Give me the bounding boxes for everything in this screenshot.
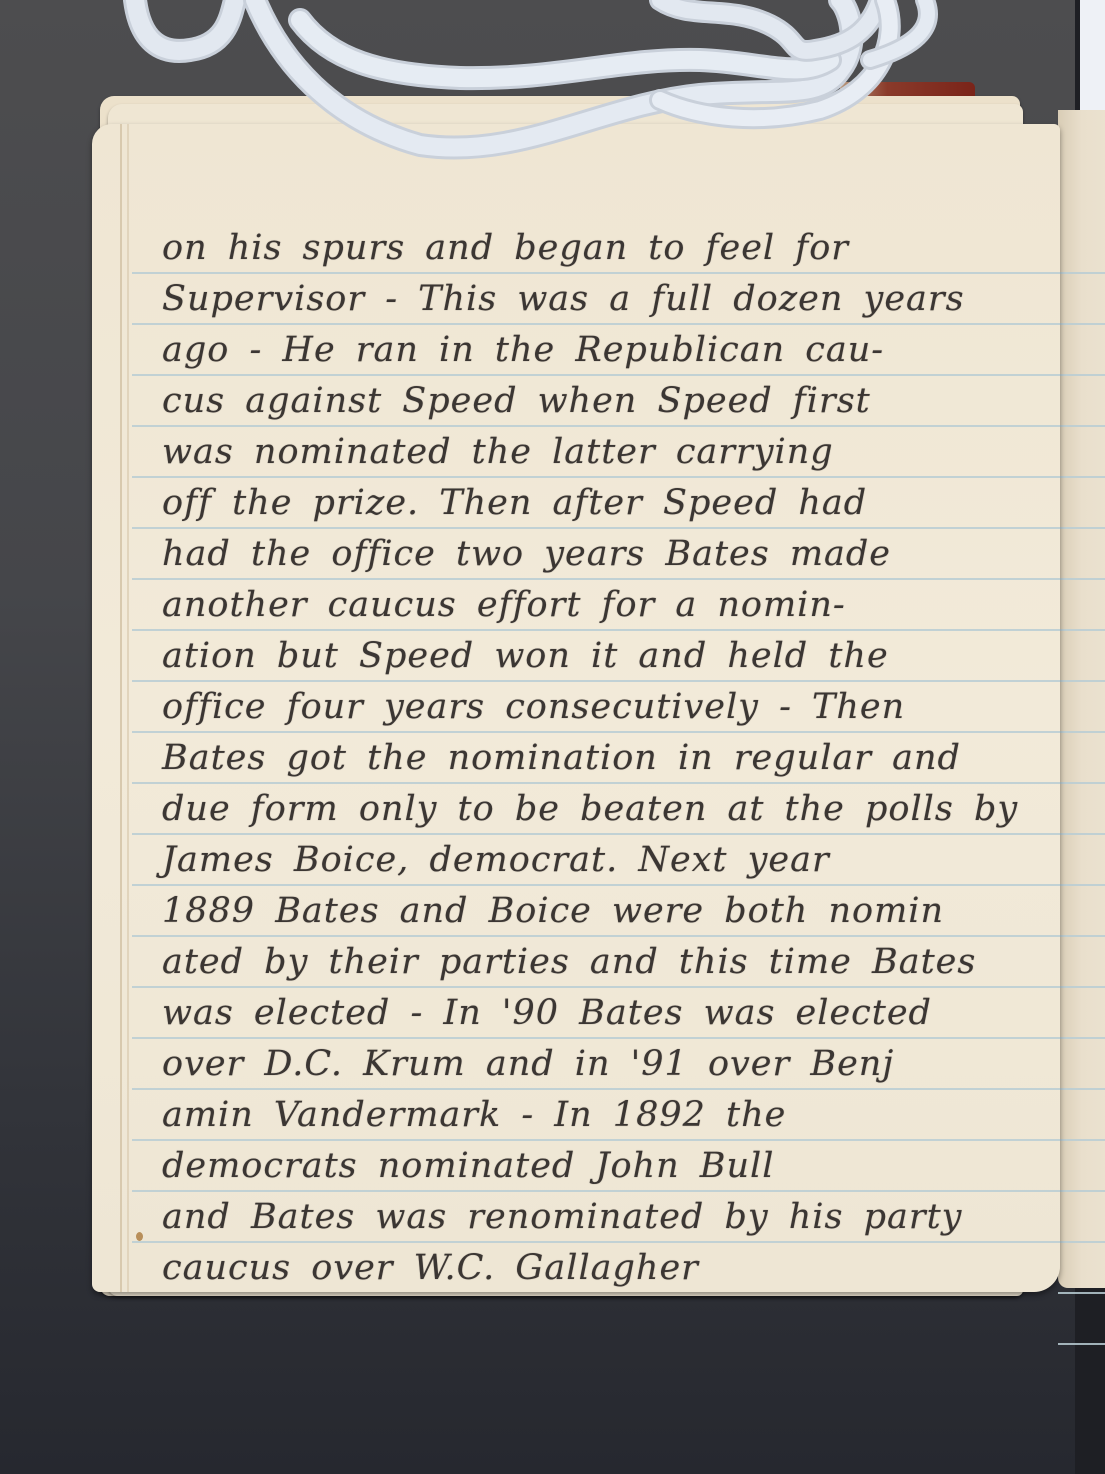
handwritten-line: amin Vandermark - In 1892 the [162,1093,1042,1137]
ruled-line [132,833,1060,835]
ruled-line [132,680,1060,682]
handwritten-line: democrats nominated John Bull [162,1144,1042,1188]
ruled-line [132,272,1060,274]
ruled-line [132,1139,1060,1141]
ruled-line [1058,476,1105,478]
handwritten-line: over D.C. Krum and in '91 over Benj [162,1042,1042,1086]
handwritten-line: ago - He ran in the Republican cau- [162,328,1042,372]
ruled-line [1058,833,1105,835]
ruled-line [132,731,1060,733]
ruled-line [1058,527,1105,529]
ruled-line [132,1037,1060,1039]
ruled-line [132,884,1060,886]
handwritten-line: and Bates was renominated by his party [162,1195,1042,1239]
ruled-line [1058,1190,1105,1192]
ruled-line [1058,578,1105,580]
handwritten-line: cus against Speed when Speed first [162,379,1042,423]
handwritten-line: ation but Speed won it and held the [162,634,1042,678]
white-card-edge [1080,0,1105,120]
handwritten-line: office four years consecutively - Then [162,685,1042,729]
ruled-line [1058,272,1105,274]
ruled-line [1058,1292,1105,1294]
ruled-line [132,986,1060,988]
ruled-line [1058,1088,1105,1090]
ruled-line [132,578,1060,580]
ruled-line [132,782,1060,784]
notebook-page: on his spurs and began to feel for Super… [92,124,1060,1292]
ruled-line [1058,680,1105,682]
handwritten-line: caucus over W.C. Gallagher [162,1246,1042,1290]
ruled-line [132,527,1060,529]
handwritten-line: 1889 Bates and Boice were both nomin [162,889,1042,933]
handwritten-line: James Boice, democrat. Next year [162,838,1042,882]
ruled-line [1058,782,1105,784]
ruled-line [1058,935,1105,937]
page-edge-line [120,124,122,1292]
handwritten-line: was elected - In '90 Bates was elected [162,991,1042,1035]
paper-stain [136,1232,143,1241]
ruled-line [1058,986,1105,988]
handwritten-line: due form only to be beaten at the polls … [162,787,1042,831]
page-edge-line [127,124,129,1292]
ruled-line [132,1190,1060,1192]
ruled-line [1058,731,1105,733]
handwritten-line: had the office two years Bates made [162,532,1042,576]
ruled-line [1058,323,1105,325]
ruled-line [1058,1343,1105,1345]
handwritten-line: was nominated the latter carrying [162,430,1042,474]
ruled-line [1058,629,1105,631]
ruled-line [132,323,1060,325]
ruled-line [1058,1241,1105,1243]
ruled-line [132,935,1060,937]
handwritten-line: Bates got the nomination in regular and [162,736,1042,780]
ruled-line [132,476,1060,478]
ruled-line [132,374,1060,376]
ruled-line [1058,884,1105,886]
handwritten-line: on his spurs and began to feel for [162,226,1042,270]
handwritten-line: another caucus effort for a nomin- [162,583,1042,627]
ruled-line [1058,425,1105,427]
ruled-line [1058,1139,1105,1141]
handwritten-line: off the prize. Then after Speed had [162,481,1042,525]
facing-page [1058,110,1105,1288]
ruled-line [132,629,1060,631]
ruled-line [132,1241,1060,1243]
handwritten-line: ated by their parties and this time Bate… [162,940,1042,984]
ruled-line [132,1088,1060,1090]
ruled-line [132,425,1060,427]
ruled-line [1058,1037,1105,1039]
ruled-line [1058,374,1105,376]
handwritten-line: Supervisor - This was a full dozen years [162,277,1042,321]
